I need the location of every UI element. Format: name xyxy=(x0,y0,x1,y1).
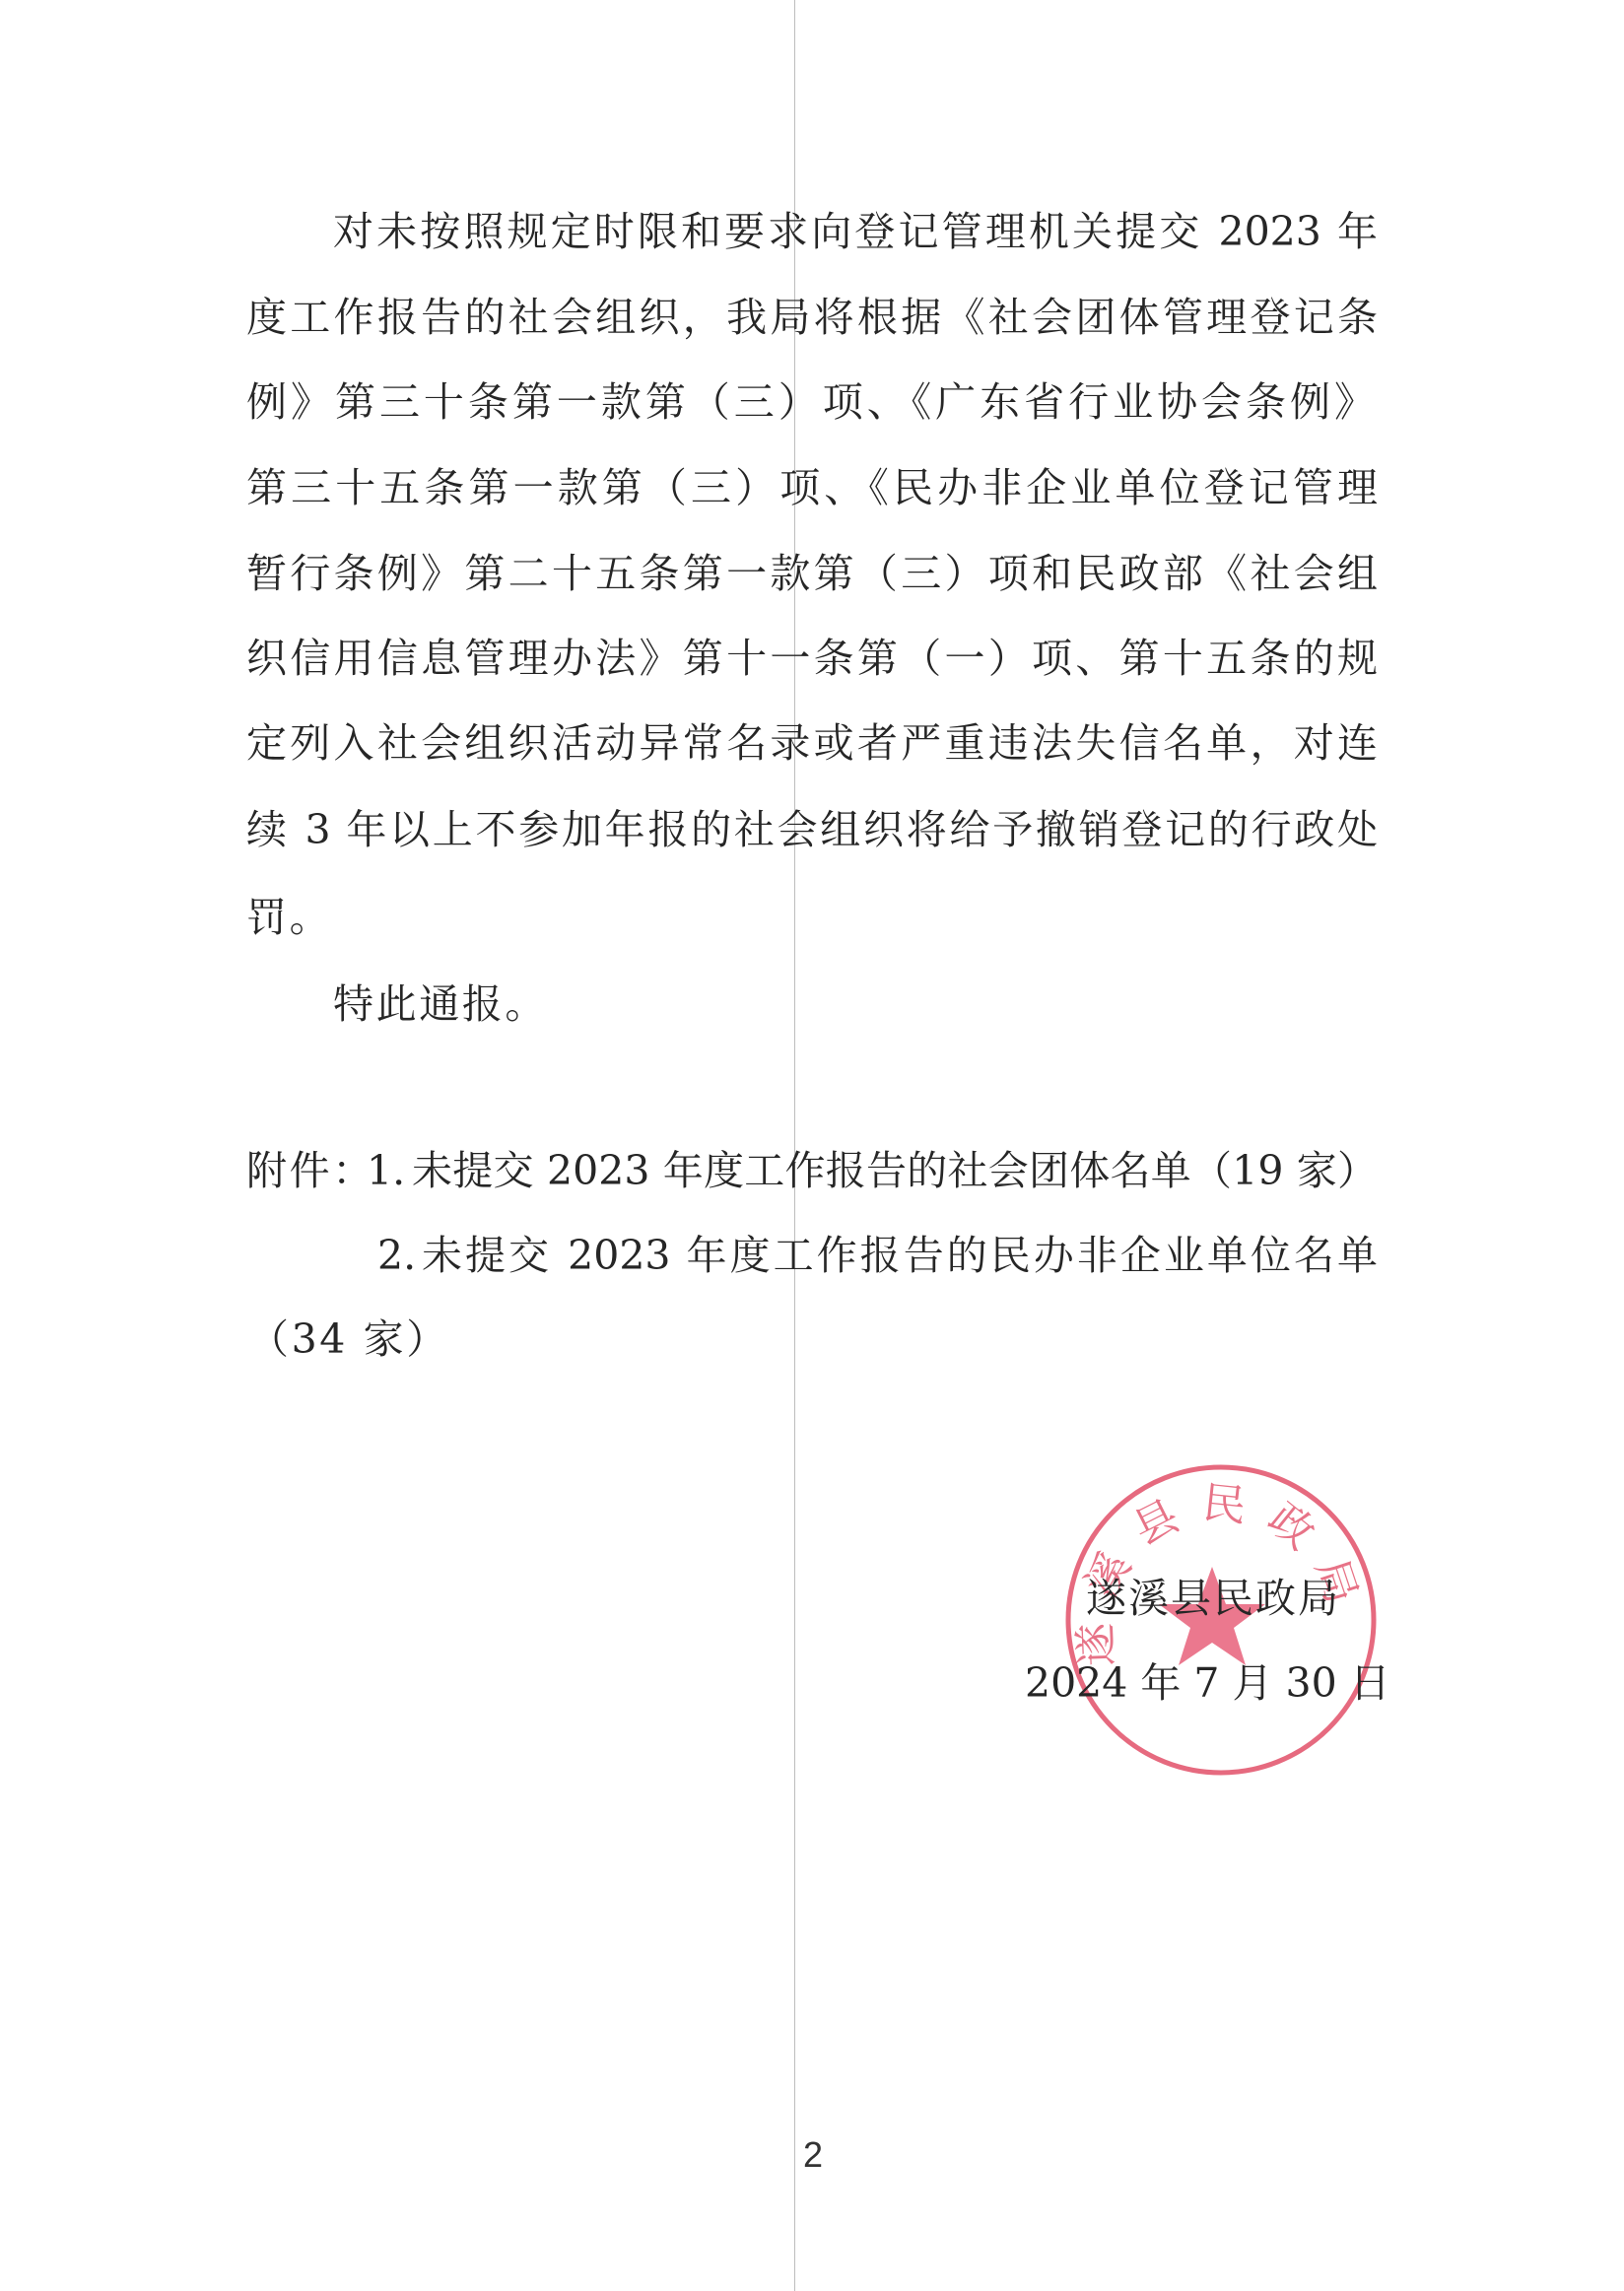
attachment-1-number: 1. xyxy=(367,1146,405,1195)
body-line-4: 第三十五条第一款第（三）项、《民办非企业单位登记管理 xyxy=(246,463,1378,512)
attachment-2-text: 未提交 2023 年度工作报告的民办非企业单位名单 xyxy=(422,1231,1378,1280)
body-line-3: 例》第三十条第一款第（三）项、《广东省行业协会条例》 xyxy=(246,377,1375,427)
attachment-2-continuation: （34 家） xyxy=(248,1314,449,1364)
body-line-1: 对未按照规定时限和要求向登记管理机关提交 2023 年 xyxy=(333,207,1378,256)
page-number: 2 xyxy=(798,2133,828,2177)
closing-text: 特此通报。 xyxy=(333,979,548,1029)
attachment-1-text: 未提交 2023 年度工作报告的社会团体名单（19 家） xyxy=(412,1146,1378,1195)
body-line-7: 定列入社会组织活动异常名录或者严重违法失信名单，对连 xyxy=(246,718,1378,768)
issuer-name: 遂溪县民政局 xyxy=(1086,1574,1338,1623)
document-page: 对未按照规定时限和要求向登记管理机关提交 2023 年 度工作报告的社会组织，我… xyxy=(0,0,1624,2291)
attachment-2-number: 2. xyxy=(377,1231,416,1280)
body-line-9: 罚。 xyxy=(246,893,332,942)
body-line-5: 暂行条例》第二十五条第一款第（三）项和民政部《社会组 xyxy=(246,549,1378,598)
body-line-8: 续 3 年以上不参加年报的社会组织将给予撤销登记的行政处 xyxy=(246,805,1378,854)
body-line-2: 度工作报告的社会组织，我局将根据《社会团体管理登记条 xyxy=(246,293,1378,342)
issue-date: 2024 年 7 月 30 日 xyxy=(1025,1658,1358,1708)
body-line-6: 织信用信息管理办法》第十一条第（一）项、第十五条的规 xyxy=(246,634,1378,683)
attachments-label: 附件： xyxy=(246,1146,375,1195)
